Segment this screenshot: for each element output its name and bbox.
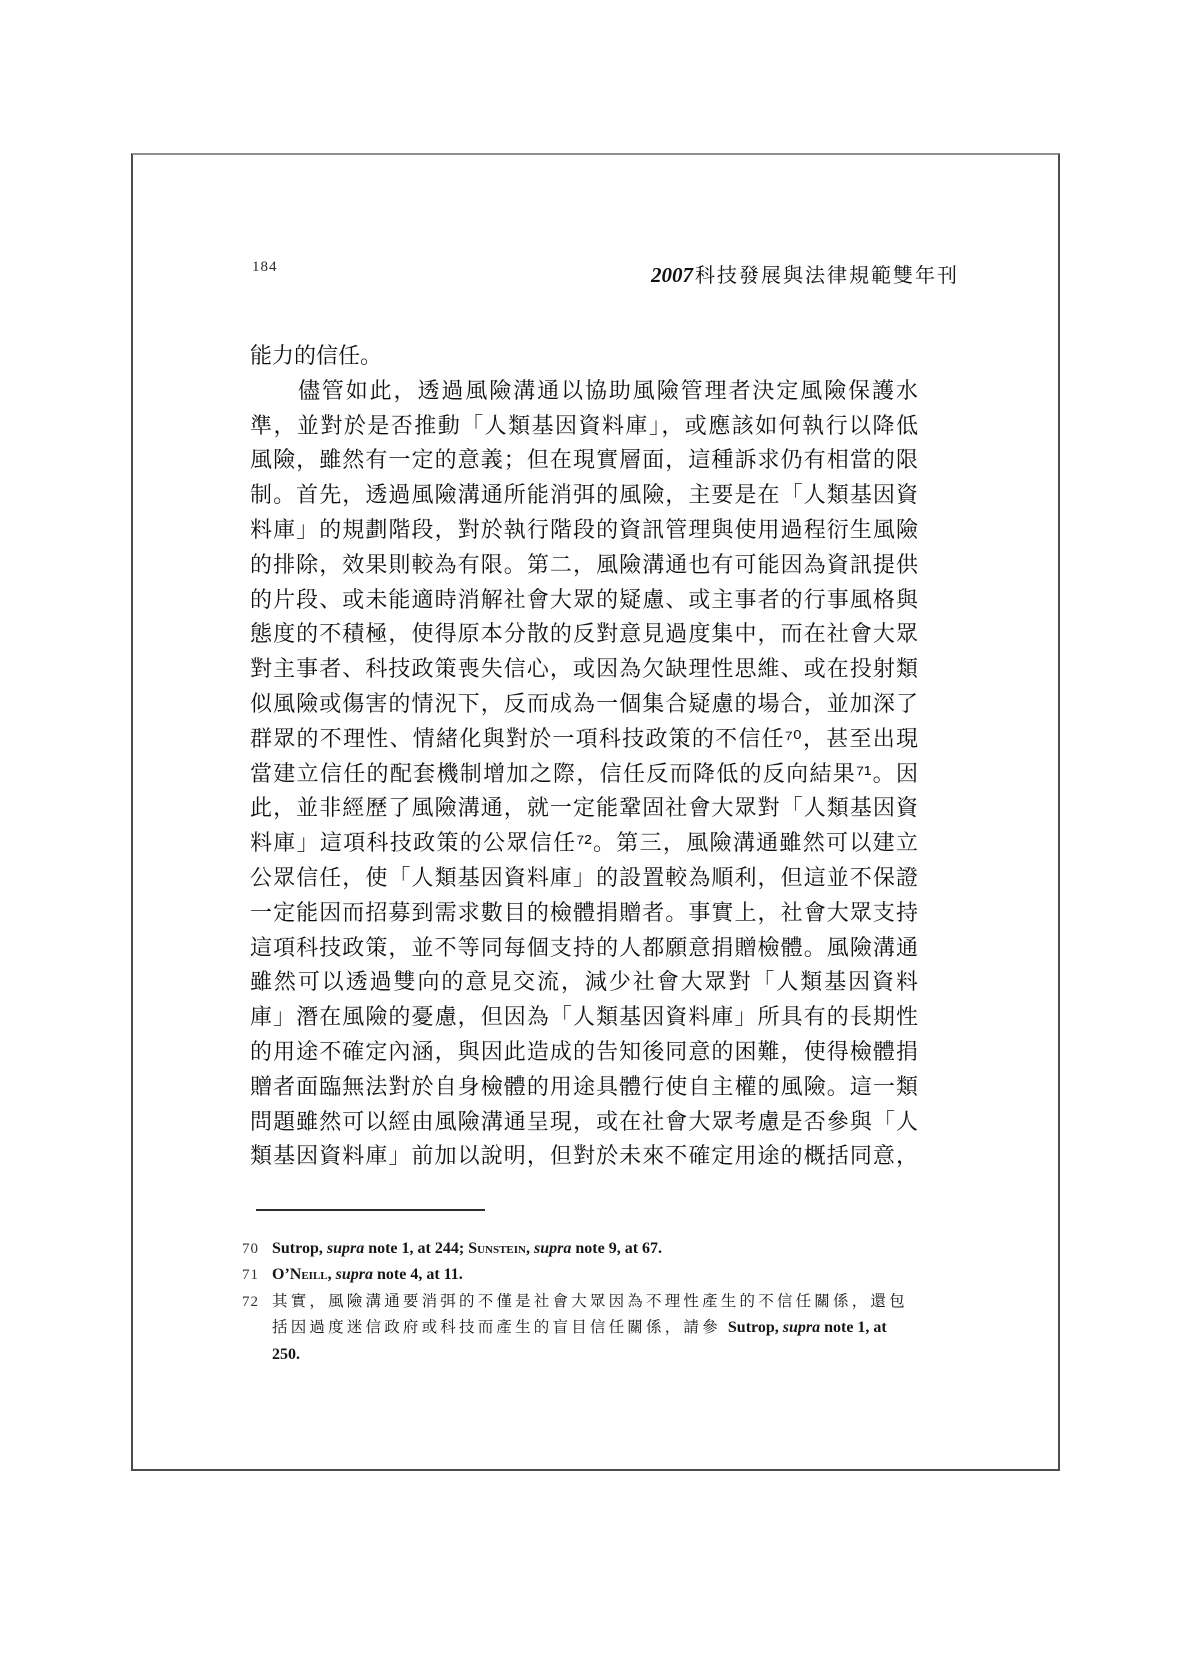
journal-year: 2007 bbox=[651, 263, 693, 287]
footnote-text-segment: supra bbox=[336, 1266, 373, 1283]
footnote-70: 70Sutrop, supra note 1, at 244; Sunstein… bbox=[242, 1236, 908, 1262]
footnote-text-segment: , bbox=[328, 1266, 336, 1283]
footnote-text-segment: supra bbox=[534, 1240, 571, 1257]
footnote-line: 括因過度迷信政府或科技而產生的盲目信任關係，請參 Sutrop, supra n… bbox=[272, 1315, 908, 1341]
footnote-text-segment: 其實，風險溝通要消弭的不僅是社會大眾因為不理性產生的不信任關係，還包 bbox=[272, 1293, 908, 1310]
page-border-frame: 184 2007科技發展與法律規範雙年刊 能力的信任。 儘管如此，透過風險溝通以… bbox=[131, 153, 1060, 1471]
footnote-text-segment: Sutrop, bbox=[728, 1319, 783, 1336]
journal-title: 科技發展與法律規範雙年刊 bbox=[695, 265, 959, 287]
body-text-line: 的片段、或未能適時消解社會大眾的疑慮、或主事者的行事風格與 bbox=[250, 583, 918, 618]
journal-header: 2007科技發展與法律規範雙年刊 bbox=[651, 259, 959, 288]
body-text-line: 一定能因而招募到需求數目的檢體捐贈者。事實上，社會大眾支持 bbox=[250, 896, 918, 931]
footnote-72: 72其實，風險溝通要消弭的不僅是社會大眾因為不理性產生的不信任關係，還包括因過度… bbox=[242, 1289, 908, 1368]
body-text-line: 風險，雖然有一定的意義；但在現實層面，這種訴求仍有相當的限 bbox=[250, 443, 918, 478]
footnote-text-segment: , bbox=[526, 1240, 534, 1257]
body-text-line: 儘管如此，透過風險溝通以協助風險管理者決定風險保護水 bbox=[250, 374, 918, 409]
footnote-text-segment: O’Neill bbox=[272, 1266, 328, 1283]
body-text-line: 群眾的不理性、情緒化與對於一項科技政策的不信任⁷⁰，甚至出現 bbox=[250, 722, 918, 757]
footnote-line: Sutrop, supra note 1, at 244; Sunstein, … bbox=[272, 1236, 908, 1262]
footnote-text-segment: note 1, at bbox=[820, 1319, 887, 1336]
page-number: 184 bbox=[252, 259, 278, 276]
footnote-71: 71O’Neill, supra note 4, at 11. bbox=[242, 1262, 908, 1288]
footnote-line: 其實，風險溝通要消弭的不僅是社會大眾因為不理性產生的不信任關係，還包 bbox=[272, 1289, 908, 1315]
footnote-marker: 70 bbox=[242, 1236, 272, 1262]
body-text-line: 此，並非經歷了風險溝通，就一定能鞏固社會大眾對「人類基因資 bbox=[250, 791, 918, 826]
body-text-line: 制。首先，透過風險溝通所能消弭的風險，主要是在「人類基因資 bbox=[250, 478, 918, 513]
body-text-line: 庫」潛在風險的憂慮，但因為「人類基因資料庫」所具有的長期性 bbox=[250, 1000, 918, 1035]
footnote-content: O’Neill, supra note 4, at 11. bbox=[272, 1262, 908, 1288]
footnote-line: O’Neill, supra note 4, at 11. bbox=[272, 1262, 908, 1288]
body-text-line: 當建立信任的配套機制增加之際，信任反而降低的反向結果⁷¹。因 bbox=[250, 757, 918, 792]
body-text-line: 的用途不確定內涵，與因此造成的告知後同意的困難，使得檢體捐 bbox=[250, 1035, 918, 1070]
footnote-text-segment: note 4, at 11. bbox=[373, 1266, 463, 1283]
footnote-marker: 71 bbox=[242, 1262, 272, 1288]
footnote-text-segment: Sunstein bbox=[468, 1240, 526, 1257]
footnote-text-segment: 250. bbox=[272, 1346, 300, 1363]
body-text-line: 這項科技政策，並不等同每個支持的人都願意捐贈檢體。風險溝通 bbox=[250, 931, 918, 966]
footnote-content: Sutrop, supra note 1, at 244; Sunstein, … bbox=[272, 1236, 908, 1262]
footnote-content: 其實，風險溝通要消弭的不僅是社會大眾因為不理性產生的不信任關係，還包括因過度迷信… bbox=[272, 1289, 908, 1368]
footnote-text-segment: Sutrop, bbox=[272, 1240, 327, 1257]
footnote-text-segment: note 1, at 244; bbox=[364, 1240, 468, 1257]
body-text-line: 類基因資料庫」前加以說明，但對於未來不確定用途的概括同意， bbox=[250, 1139, 918, 1174]
footnote-text-segment: 括因過度迷信政府或科技而產生的盲目信任關係，請參 bbox=[272, 1319, 728, 1336]
body-text-line: 贈者面臨無法對於自身檢體的用途具體行使自主權的風險。這一類 bbox=[250, 1070, 918, 1105]
footnotes: 70Sutrop, supra note 1, at 244; Sunstein… bbox=[242, 1236, 908, 1368]
body-text-line: 料庫」的規劃階段，對於執行階段的資訊管理與使用過程衍生風險 bbox=[250, 513, 918, 548]
body-text-line: 似風險或傷害的情況下，反而成為一個集合疑慮的場合，並加深了 bbox=[250, 687, 918, 722]
footnote-text-segment: supra bbox=[327, 1240, 364, 1257]
footnote-text-segment: supra bbox=[783, 1319, 820, 1336]
footnote-text-segment: note 9, at 67. bbox=[571, 1240, 662, 1257]
body-text-line: 雖然可以透過雙向的意見交流，減少社會大眾對「人類基因資料 bbox=[250, 965, 918, 1000]
footnote-marker: 72 bbox=[242, 1289, 272, 1315]
body-text-line: 能力的信任。 bbox=[250, 339, 918, 374]
body-text-line: 問題雖然可以經由風險溝通呈現，或在社會大眾考慮是否參與「人 bbox=[250, 1105, 918, 1140]
scanned-journal-page: 184 2007科技發展與法律規範雙年刊 能力的信任。 儘管如此，透過風險溝通以… bbox=[0, 0, 1177, 1664]
footnote-separator bbox=[256, 1209, 485, 1211]
body-text-line: 料庫」這項科技政策的公眾信任⁷²。第三，風險溝通雖然可以建立 bbox=[250, 826, 918, 861]
body-text: 能力的信任。 儘管如此，透過風險溝通以協助風險管理者決定風險保護水準，並對於是否… bbox=[250, 339, 918, 1174]
body-text-line: 的排除，效果則較為有限。第二，風險溝通也有可能因為資訊提供 bbox=[250, 548, 918, 583]
footnote-line: 250. bbox=[272, 1342, 908, 1368]
body-text-line: 對主事者、科技政策喪失信心，或因為欠缺理性思維、或在投射類 bbox=[250, 652, 918, 687]
body-text-line: 態度的不積極，使得原本分散的反對意見過度集中，而在社會大眾 bbox=[250, 617, 918, 652]
body-text-line: 準，並對於是否推動「人類基因資料庫」，或應該如何執行以降低 bbox=[250, 409, 918, 444]
body-text-line: 公眾信任，使「人類基因資料庫」的設置較為順利，但這並不保證 bbox=[250, 861, 918, 896]
